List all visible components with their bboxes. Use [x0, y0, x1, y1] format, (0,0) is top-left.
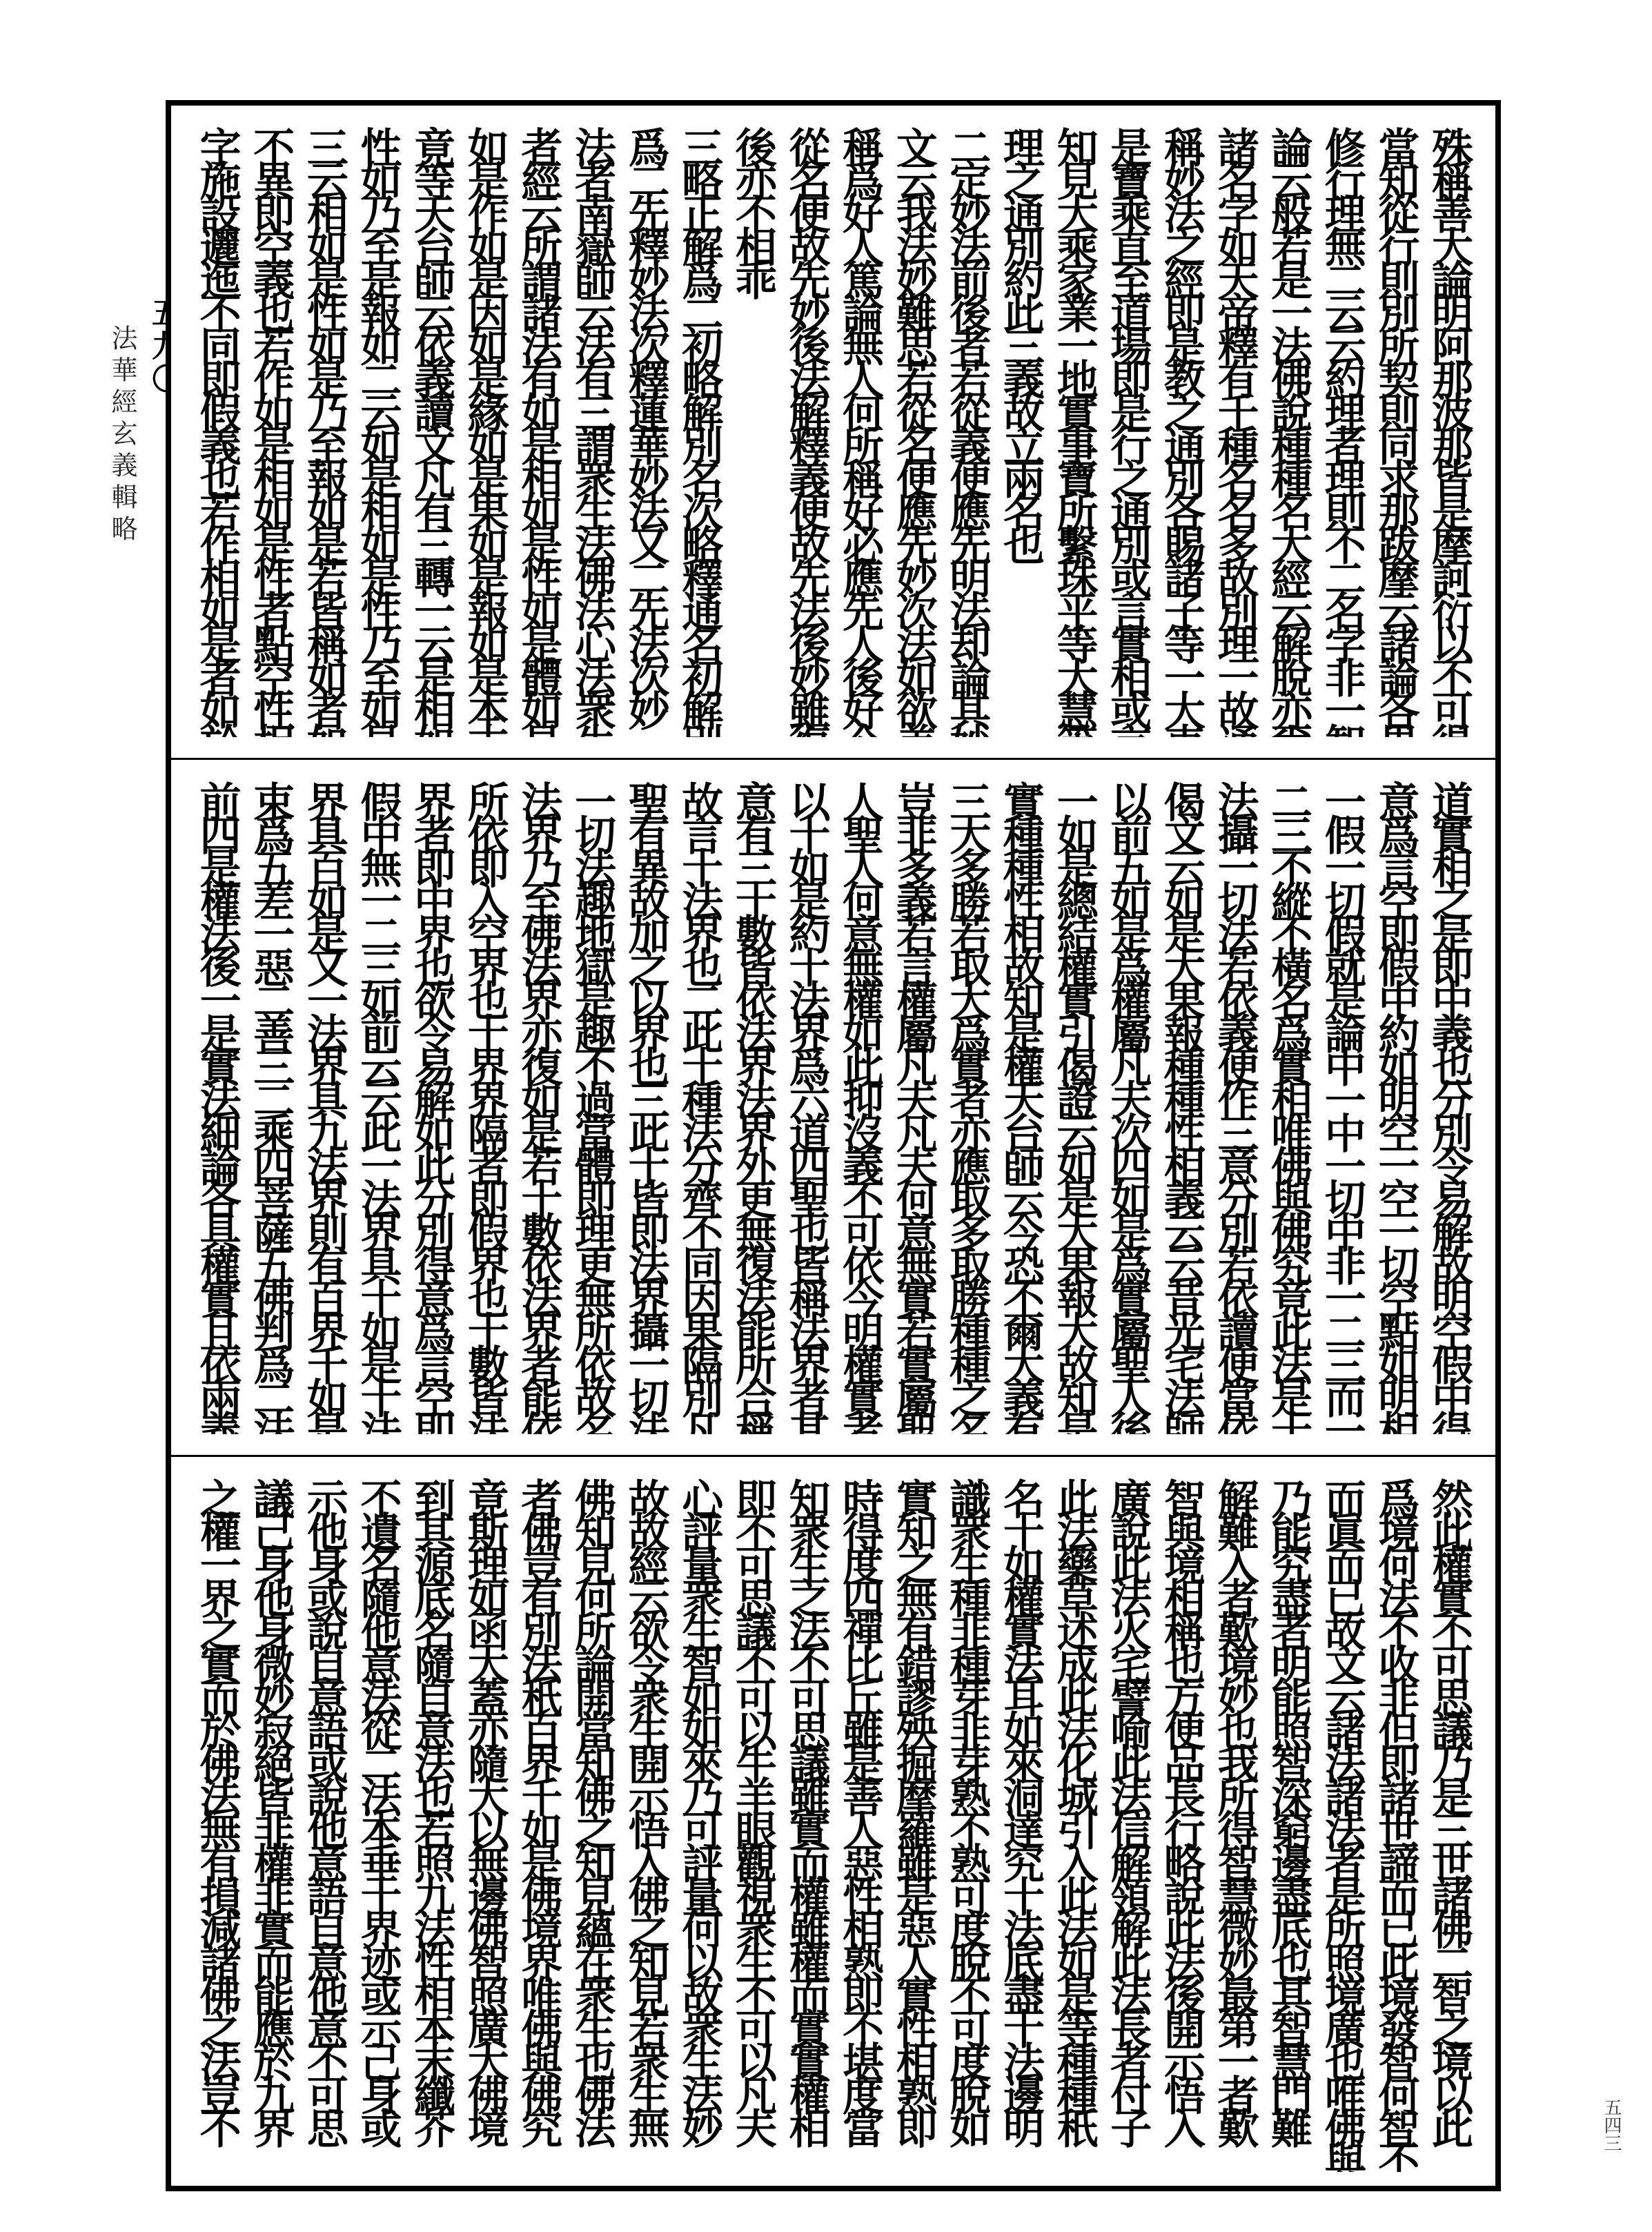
text-column: 稱爲好人篤論無人何所稱好必應先人後好今題	[834, 126, 887, 737]
text-column: 稱妙法之經即是教之通別各賜諸子等一大車乘	[1154, 126, 1208, 737]
text-column: 偈文云如是大果報種種性相義云云昔光宅法師	[1154, 781, 1208, 1434]
text-column: 字施設邐迤不同即假義也若作相如是者如於中	[190, 126, 244, 737]
text-column: 意有三十數皆依法界法界外更無復法能所合稱	[726, 781, 780, 1434]
text-column: 前四是權法後一是實法細論各具權實且依兩義	[190, 781, 244, 1434]
text-column: 識衆生種非種芽非芽熟不熟可度脫不可度脫如	[941, 1478, 994, 2172]
text-column: 意爲言空即假中約如明空一空一切空點如明相	[1369, 781, 1423, 1434]
text-column: 一如是總結權實引偈證云如是大果報大故知是	[1048, 781, 1101, 1434]
original-page-number: 五四三	[1599, 2098, 1624, 2152]
text-column: 修行理無二云云約理者理則不二名字非一智度	[1315, 126, 1369, 737]
text-column: 佛知見何所論開當知佛之知見蘊在衆生也佛法	[565, 1478, 619, 2172]
text-column: 以前五如是爲權屬凡夫次四如是爲實屬聖人後	[1101, 781, 1155, 1434]
text-column: 知衆生之法不可思議雖實而權雖權而實實權相	[780, 1478, 834, 2172]
text-column: 以十如是約十法界爲六道四聖也皆稱法界者其	[780, 781, 834, 1434]
text-column: 當知從行則別所契則同求那跋摩云諸論各異端	[1369, 126, 1423, 737]
text-column: 後亦不相乖	[726, 126, 780, 737]
text-column: 界者即中界也欲令易解如此分別得意爲言空即	[405, 781, 459, 1434]
text-column: 示他身或說自意語或說他意語自意他意不可思	[297, 1478, 351, 2172]
text-column: 假中無一二三如前云云此一法界具十如是十法	[351, 781, 405, 1434]
text-column: 三大多勝若取大爲實者亦應取多取勝種種之名	[941, 781, 994, 1434]
text-column: 所依即入空界也十界界隔者即假界也十數皆法	[458, 781, 512, 1434]
text-panel-middle: 道實相之是即中義也分別令易解故明空假中得意爲言空即假中約如明空一空一切空點如明相…	[171, 758, 1495, 1448]
text-column: 界具百如是又一法界具九法界則有百界千如是	[297, 781, 351, 1434]
text-column: 爲二先釋妙法次釋蓮華妙法又二先法次妙	[619, 126, 673, 737]
book-title: 法華經玄義輯略	[104, 324, 141, 547]
text-column: 不異即空義也若作如是相如是性者點空性相名	[244, 126, 298, 737]
text-column: 到其源底名隨自意法也若照九法性相本末纖芥	[405, 1478, 459, 2172]
text-column: 三云相如是性如是乃至報如是若皆稱如者如名	[297, 126, 351, 737]
text-column: 故言十法界也二此十種法分齊不同因果隔別凡	[673, 781, 727, 1434]
text-column: 即不可思議不可以牛羊眼觀視衆生不可以凡夫	[726, 1478, 780, 2172]
text-column: 竟等天台師云依義讀文凡有三轉一云是相如是	[405, 126, 459, 737]
text-column: 人聖人何意無權如此抑沒義不可依今明權實者	[834, 781, 887, 1434]
text-column: 者佛豈有別法秖百界千如是佛境界唯佛與佛究	[512, 1478, 566, 2172]
text-column: 一切法趣地獄是趣不過當體即理更無所依故名	[565, 781, 619, 1434]
text-column: 是寶乘直至道場即是行之通別或言實相或言佛	[1101, 126, 1155, 737]
text-column: 議己身他身微妙寂絕皆非權非實而能應於九界	[244, 1478, 298, 2172]
text-column: 道實相之是即中義也分別令易解故明空假中得	[1422, 781, 1476, 1434]
text-column: 故故經云欲令衆生開示悟入佛之知見若衆生無	[619, 1478, 673, 2172]
text-column: 之權一界之實而於佛法無有損減諸佛之法豈不	[190, 1478, 244, 2172]
text-panel-top: 殊稱善大論明阿那波那皆是摩訶衍以不可得故當知從行則別所契則同求那跋摩云諸論各異端…	[171, 106, 1495, 751]
text-column: 乃能究盡者明能照智深窮邊盡底也其智慧門難	[1262, 1478, 1316, 2172]
text-column: 豈非多義若言權屬凡夫凡夫何意無實若實屬聖	[887, 781, 941, 1434]
text-column: 法者南嶽師云法有三謂衆生法佛法心法衆生法	[565, 126, 619, 737]
text-column: 二定妙法前後者若從義便應先明法却論其妙下	[941, 126, 994, 737]
text-column: 不遺名隨他意法從二法本垂十界迹或示己身或	[351, 1478, 405, 2172]
text-column: 名十如權實法耳如來洞達究十法底盡十法邊明	[994, 1478, 1048, 2172]
text-column: 時得度四禪比丘雖是善人惡性相熟即不堪度當	[834, 1478, 887, 2172]
text-column: 廣說此法火宅譬喻此法信解領解此法長者付子	[1101, 1478, 1155, 2172]
text-column: 然此權實不可思議乃是三世諸佛二智之境以此	[1422, 1478, 1476, 2172]
text-column: 殊稱善大論明阿那波那皆是摩訶衍以不可得故	[1422, 126, 1476, 737]
page-frame: 殊稱善大論明阿那波那皆是摩訶衍以不可得故當知從行則別所契則同求那跋摩云諸論各異端…	[166, 100, 1501, 2191]
text-column: 文云我法妙難思若從名便應先妙次法如欲美彼	[887, 126, 941, 737]
text-column: 心評量衆生智如如來乃可評量何以故衆生法妙	[673, 1478, 727, 2172]
text-column: 二三不縱不橫名爲實相唯佛與佛究竟此法是十	[1262, 781, 1316, 1434]
text-column: 諸名字如天帝釋有千種名名多故別理一故通今	[1208, 126, 1262, 737]
text-column: 性如乃至是報如二云如是相如是性乃至如是報	[351, 126, 405, 737]
text-column: 實種種性相故知是權天台師云今恐不爾大義有	[994, 781, 1048, 1434]
text-column: 三略正解爲二初略解別名次略釋通名初解別名	[673, 126, 727, 737]
text-column: 實知之無有錯謬殃掘摩羅雖是惡人實性相熟即	[887, 1478, 941, 2172]
text-panel-bottom: 然此權實不可思議乃是三世諸佛二智之境以此爲境何法不收非但即諸世諦而已此境發智何智…	[171, 1455, 1495, 2186]
text-column: 法攝一切法若依義便作三意分別若依讀便當依	[1208, 781, 1262, 1434]
text-column: 法界乃至佛法界亦復如是若十數依法界者能依	[512, 781, 566, 1434]
text-column: 者經云所謂諸法有如是相如是性如是體如是力	[512, 126, 566, 737]
text-column: 聖有異故加之以界也三此十皆即法界攝一切法	[619, 781, 673, 1434]
text-column: 理之通別約此三義故立兩名也	[994, 126, 1048, 737]
text-column: 竟斯理如函大蓋亦隨大以無邊佛智照廣大佛境	[458, 1478, 512, 2172]
text-column: 知見大乘家業一地實事寶所繫珠平等大慧等是	[1048, 126, 1101, 737]
text-column: 而眞而已故文云諸法諸法者是所照境廣也唯佛與佛	[1315, 1478, 1369, 2172]
text-column: 論云般若是一法佛說種種名大經云解脫亦爾多	[1262, 126, 1316, 737]
text-column: 智與境相稱也方便品長行略說此法後開示悟入	[1154, 1478, 1208, 2172]
text-column: 爲境何法不收非但即諸世諦而已此境發智何智不發非但獨事	[1369, 1478, 1423, 2172]
text-column: 一假一切假就是論中一中一切中非一二三而一	[1315, 781, 1369, 1434]
text-column: 束爲五差一惡二善三二乘四菩薩五佛判爲二法	[244, 781, 298, 1434]
text-column: 此法藥草述成此法化城引入此法如是等種種秖	[1048, 1478, 1101, 2172]
text-column: 從名便故先妙後法解釋義便故先法後妙雖復前	[780, 126, 834, 737]
text-column: 如是作如是因如是緣如是果如是報如是本末究	[458, 126, 512, 737]
text-column: 解難入者歎境妙也我所得智慧微妙最第一者歎	[1208, 1478, 1262, 2172]
